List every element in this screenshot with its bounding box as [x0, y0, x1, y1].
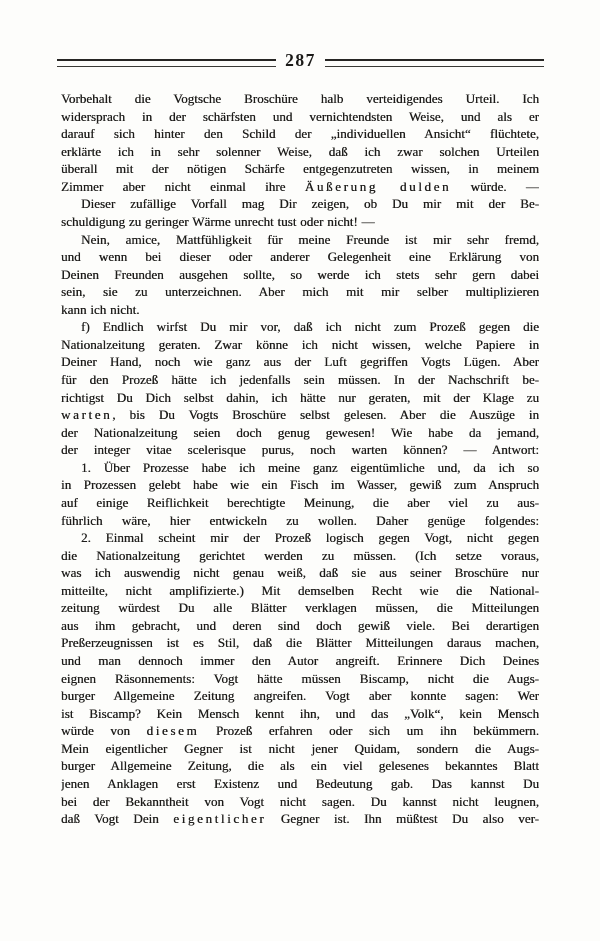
text-line: zeitung würdest Du alle Blätter verklage…: [61, 599, 539, 617]
text-line: richtigst Du Dich selbst dahin, ich hätt…: [61, 389, 539, 407]
text-segment: würde. —: [451, 179, 539, 194]
emphasized-text: warten: [61, 407, 112, 422]
text-line: burger Allgemeine Zeitung, die als ein v…: [61, 757, 539, 775]
text-line: sein, sie zu unterzeichnen. Aber mich mi…: [61, 283, 539, 301]
text-segment: Gegner ist. Ihn müßtest Du also ver-: [266, 811, 539, 826]
text-line: überall mit der nötigen Schärfe entgegen…: [61, 160, 539, 178]
text-line: 1. Über Prozesse habe ich meine ganz eig…: [61, 459, 539, 477]
text-line: Preßerzeugnissen ist es Stil, daß die Bl…: [61, 634, 539, 652]
text-line: burger Allgemeine Zeitung angreifen. Vog…: [61, 687, 539, 705]
header-rule-left: [57, 59, 276, 67]
text-line: Nein, amice, Mattfühligkeit für meine Fr…: [61, 231, 539, 249]
page-header: 287: [57, 53, 544, 71]
book-page: 287 Vorbehalt die Vogtsche Broschüre hal…: [0, 0, 600, 941]
text-line: kann ich nicht.: [61, 301, 539, 319]
text-line: erklärte ich in sehr solenner Weise, daß…: [61, 143, 539, 161]
text-line: in Prozessen gelebt habe wie ein Fisch i…: [61, 476, 539, 494]
emphasized-text: diesem: [147, 723, 200, 738]
text-line: führlich wäre, hier entwickeln zu wollen…: [61, 512, 539, 530]
text-line: Deiner Hand, noch wie ganz aus der Luft …: [61, 353, 539, 371]
text-line: würde von diesem Prozeß erfahren oder si…: [61, 722, 539, 740]
text-line: ist Biscamp? Kein Mensch kennt ihn, und …: [61, 705, 539, 723]
body-text: Vorbehalt die Vogtsche Broschüre halb ve…: [61, 90, 539, 828]
page-number: 287: [285, 52, 316, 70]
text-line: daß Vogt Dein eigentlicher Gegner ist. I…: [61, 810, 539, 828]
text-line: Zimmer aber nicht einmal ihre Äußerung d…: [61, 178, 539, 196]
text-segment: Zimmer aber nicht einmal ihre: [61, 179, 305, 194]
emphasized-text: eigentlicher: [173, 811, 266, 826]
text-line: schuldigung zu geringer Wärme unrecht tu…: [61, 213, 539, 231]
emphasized-text: Äußerung dulden: [305, 179, 451, 194]
text-line: der integer vitae scelerisque purus, noc…: [61, 441, 539, 459]
text-line: für den Prozeß hätte ich jedenfalls sein…: [61, 371, 539, 389]
text-line: auf einige Reiflichkeit berechtigte Mein…: [61, 494, 539, 512]
header-rule-right: [325, 59, 544, 67]
text-line: aus ihm gebracht, und deren sind doch ge…: [61, 617, 539, 635]
text-line: darauf sich hinter den Schild der „indiv…: [61, 125, 539, 143]
text-line: bei der Bekanntheit von Vogt nicht sagen…: [61, 793, 539, 811]
text-line: jenen Anklagen erst Existenz und Bedeutu…: [61, 775, 539, 793]
text-line: die Nationalzeitung gerichtet werden zu …: [61, 547, 539, 565]
text-line: Mein eigentlicher Gegner ist nicht jener…: [61, 740, 539, 758]
text-segment: daß Vogt Dein: [61, 811, 173, 826]
text-line: Nationalzeitung geraten. Zwar könne ich …: [61, 336, 539, 354]
text-segment: , bis Du Vogts Broschüre selbst gelesen.…: [112, 407, 539, 422]
text-segment: würde von: [61, 723, 147, 738]
text-line: der Nationalzeitung seien doch genug gew…: [61, 424, 539, 442]
text-line: f) Endlich wirfst Du mir vor, daß ich ni…: [61, 318, 539, 336]
text-segment: Prozeß erfahren oder sich um ihn bekümme…: [199, 723, 539, 738]
text-line: 2. Einmal scheint mir der Prozeß logisch…: [61, 529, 539, 547]
text-line: eignen Räsonnements: Vogt hätte müssen B…: [61, 670, 539, 688]
text-line: was ich auswendig nicht genau weiß, daß …: [61, 564, 539, 582]
text-line: warten, bis Du Vogts Broschüre selbst ge…: [61, 406, 539, 424]
text-line: Vorbehalt die Vogtsche Broschüre halb ve…: [61, 90, 539, 108]
text-line: und man dennoch immer den Autor angreift…: [61, 652, 539, 670]
text-line: und wenn bei dieser oder anderer Gelegen…: [61, 248, 539, 266]
text-line: widersprach in der schärfsten und vernic…: [61, 108, 539, 126]
text-line: Deinen Freunden ausgehen sollte, so werd…: [61, 266, 539, 284]
text-line: mitteilte, nicht amplifizierte.) Mit dem…: [61, 582, 539, 600]
text-line: Dieser zufällige Vorfall mag Dir zeigen,…: [61, 195, 539, 213]
